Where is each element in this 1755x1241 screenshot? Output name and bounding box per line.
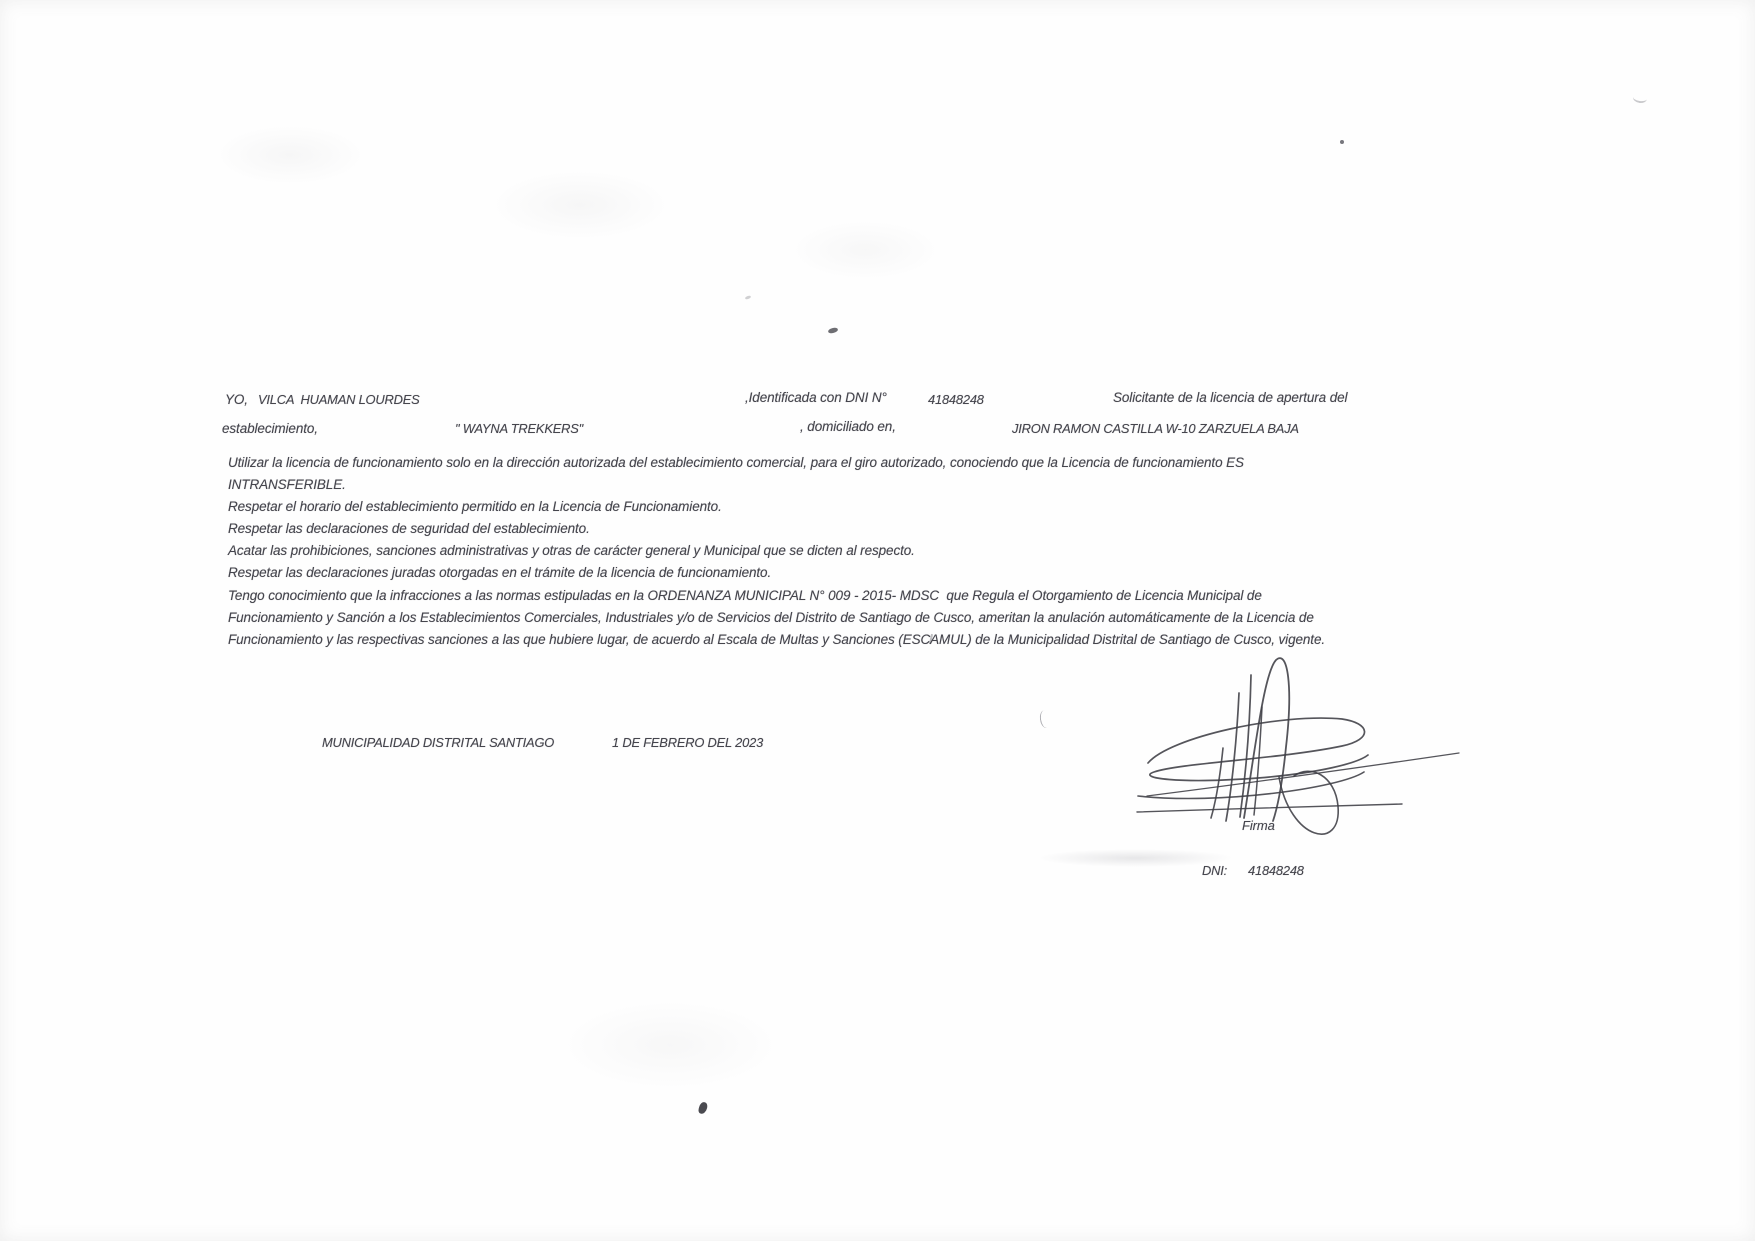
establishment-label: establecimiento, <box>222 421 318 437</box>
scan-mark-dot <box>745 295 752 300</box>
scan-mark-dot <box>1340 140 1344 144</box>
signature-caption: Firma <box>1242 818 1275 834</box>
scan-paper-blotch <box>215 125 365 185</box>
pronoun-label: YO, <box>225 392 248 408</box>
footer-dni-number: 41848248 <box>1248 863 1304 879</box>
scan-paper-blotch <box>490 170 670 240</box>
obligation-line: Tengo conocimiento que la infracciones a… <box>228 585 1325 607</box>
scan-mark-speck <box>698 1101 709 1115</box>
declarant-name: VILCA HUAMAN LOURDES <box>258 392 420 408</box>
establishment-name: " WAYNA TREKKERS" <box>455 421 583 437</box>
applicant-phrase: Solicitante de la licencia de apertura d… <box>1113 390 1347 406</box>
obligation-line: Utilizar la licencia de funcionamiento s… <box>228 452 1325 474</box>
scanned-document-page: YO, VILCA HUAMAN LOURDES ,Identificada c… <box>0 0 1755 1241</box>
municipality-name: MUNICIPALIDAD DISTRITAL SANTIAGO <box>322 735 554 751</box>
obligation-line: Funcionamiento y Sanción a los Estableci… <box>228 607 1325 629</box>
document-date: 1 DE FEBRERO DEL 2023 <box>612 735 763 751</box>
obligation-line: Respetar las declaraciones de seguridad … <box>228 518 1325 540</box>
scan-paper-blotch <box>560 1000 780 1090</box>
dni-number: 41848248 <box>928 392 984 408</box>
obligation-line: Respetar el horario del establecimiento … <box>228 496 1325 518</box>
dni-phrase: ,Identificada con DNI N° <box>745 390 887 406</box>
scan-mark-curve <box>1632 92 1647 104</box>
footer-dni-label: DNI: <box>1202 863 1227 879</box>
obligations-paragraph: Utilizar la licencia de funcionamiento s… <box>228 452 1325 651</box>
establishment-address: JIRON RAMON CASTILLA W-10 ZARZUELA BAJA <box>1012 421 1299 437</box>
obligation-line: Acatar las prohibiciones, sanciones admi… <box>228 540 1325 562</box>
signature-ink <box>1010 645 1470 860</box>
obligation-line: INTRANSFERIBLE. <box>228 474 1325 496</box>
scan-mark-dash <box>828 327 839 334</box>
scan-paper-blotch <box>790 220 940 280</box>
domicile-phrase: , domiciliado en, <box>800 419 896 435</box>
obligation-line: Respetar las declaraciones juradas otorg… <box>228 562 1325 584</box>
